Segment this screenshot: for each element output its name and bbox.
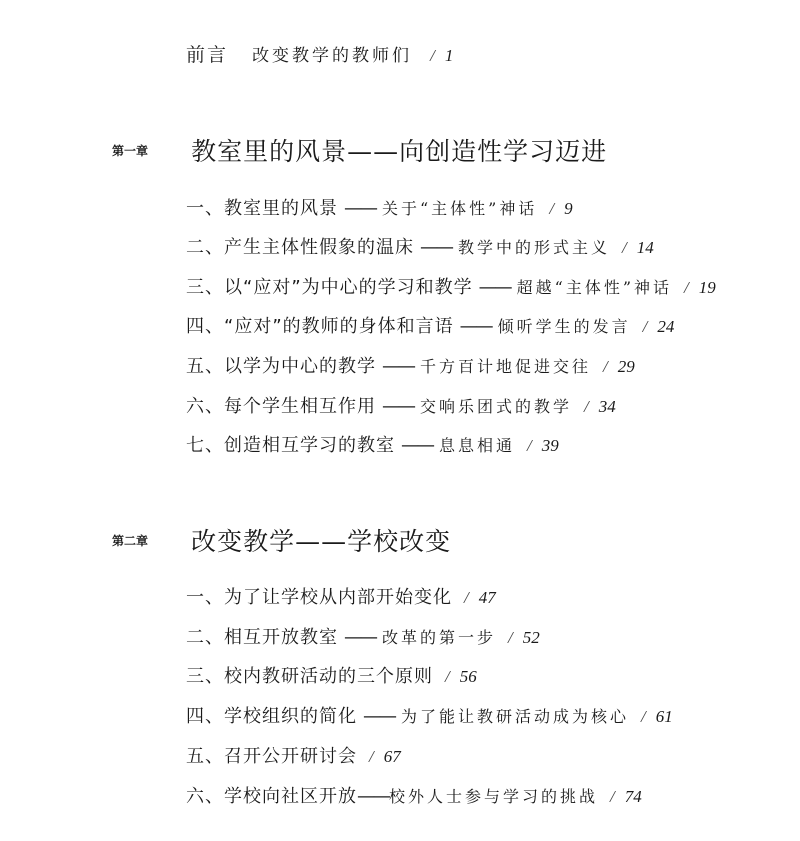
chapter-number: 第二章 bbox=[112, 532, 186, 549]
page-number: /74 bbox=[610, 787, 642, 806]
toc-item[interactable]: 六、每个学生相互作用——交响乐团式的教学/34 bbox=[186, 392, 616, 418]
chapter-1-heading[interactable]: 第一章 教室里的风景——向创造性学习迈进 bbox=[112, 132, 607, 168]
page-number: /47 bbox=[464, 588, 496, 607]
toc-item[interactable]: 五、召开公开研讨会/67 bbox=[186, 742, 401, 768]
toc-item[interactable]: 四、“应对”的教师的身体和言语——倾听学生的发言/24 bbox=[186, 312, 674, 338]
toc-item[interactable]: 二、相互开放教室——改革的第一步/52 bbox=[186, 623, 540, 649]
page-number: /29 bbox=[603, 357, 635, 376]
page-number: /56 bbox=[445, 667, 477, 686]
page-number: /14 bbox=[622, 238, 654, 257]
page-number: /19 bbox=[684, 278, 716, 297]
chapter-number: 第一章 bbox=[112, 142, 186, 159]
page-number: /1 bbox=[430, 46, 453, 65]
preface-label: 前言 bbox=[186, 44, 228, 66]
page-number: /61 bbox=[641, 707, 673, 726]
toc-item[interactable]: 三、以“应对”为中心的学习和教学——超越“主体性”神话/19 bbox=[186, 273, 716, 299]
page-number: /52 bbox=[508, 628, 540, 647]
toc-item[interactable]: 一、教室里的风景——关于“主体性”神话/9 bbox=[186, 194, 573, 220]
page-number: /39 bbox=[527, 436, 559, 455]
page-number: /9 bbox=[549, 199, 572, 218]
page-number: /24 bbox=[643, 317, 675, 336]
toc-item[interactable]: 一、为了让学校从内部开始变化/47 bbox=[186, 583, 496, 609]
page-number: /67 bbox=[369, 747, 401, 766]
chapter-2-heading[interactable]: 第二章 改变教学——学校改变 bbox=[112, 522, 451, 558]
toc-item[interactable]: 四、学校组织的简化——为了能让教研活动成为核心/61 bbox=[186, 702, 673, 728]
toc-item[interactable]: 七、创造相互学习的教室——息息相通/39 bbox=[186, 431, 559, 457]
toc-item[interactable]: 二、产生主体性假象的温床——教学中的形式主义/14 bbox=[186, 233, 654, 259]
preface-title: 改变教学的教师们 bbox=[252, 46, 412, 66]
page-number: /34 bbox=[584, 397, 616, 416]
chapter-title: 教室里的风景——向创造性学习迈进 bbox=[191, 137, 607, 166]
toc-item[interactable]: 三、校内教研活动的三个原则/56 bbox=[186, 662, 477, 688]
preface-entry[interactable]: 前言 改变教学的教师们 /1 bbox=[186, 40, 453, 67]
chapter-title: 改变教学——学校改变 bbox=[191, 527, 451, 556]
toc-item[interactable]: 六、学校向社区开放——校外人士参与学习的挑战/74 bbox=[186, 782, 642, 808]
toc-item[interactable]: 五、以学为中心的教学——千方百计地促进交往/29 bbox=[186, 352, 635, 378]
